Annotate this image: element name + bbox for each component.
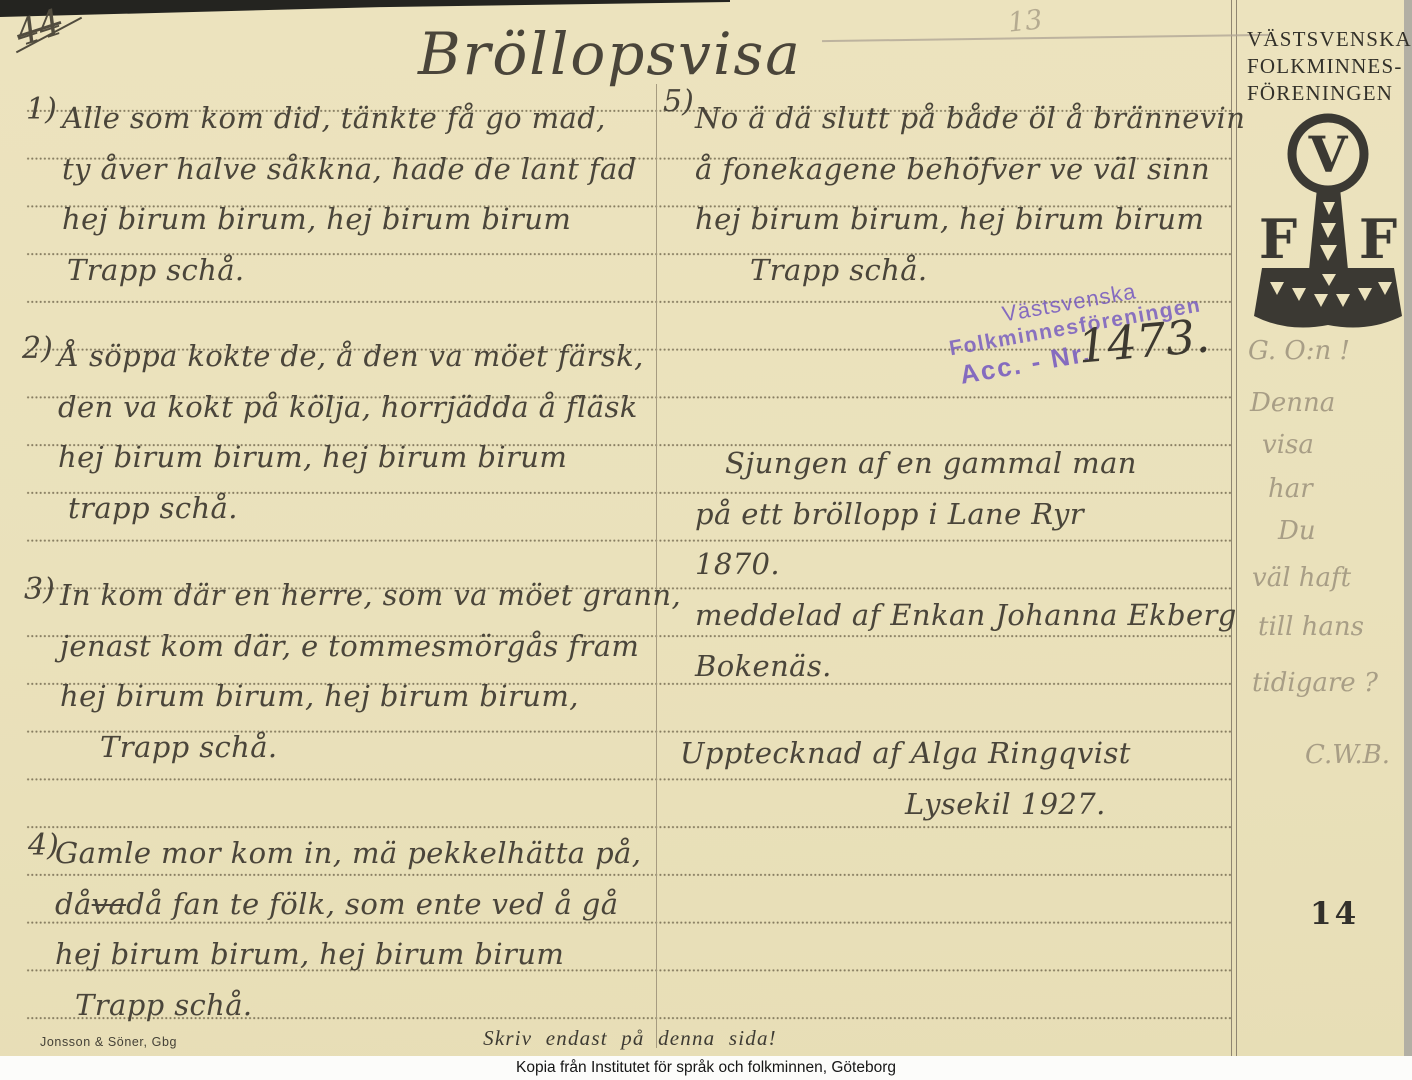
- verse-line: hej birum birum, hej birum birum: [695, 189, 1245, 240]
- organization-name-line: VÄSTSVENSKA: [1247, 26, 1412, 53]
- scan-edge-artifact-top: [0, 0, 730, 17]
- verse-line-part: då fan te fölk, som ente ved å gå: [126, 887, 618, 921]
- margin-note-line: väl haft: [1252, 563, 1351, 593]
- verse-3: In kom där en herre, som va möet grann, …: [60, 564, 681, 767]
- verse-line: Trapp schå.: [60, 716, 681, 767]
- faint-strike-line: [822, 34, 1270, 42]
- copy-footer-text: Kopia från Institutet för språk och folk…: [0, 1056, 1412, 1080]
- verse-1-number: 1): [26, 92, 57, 127]
- accession-number-handwritten: 1473.: [1076, 308, 1212, 373]
- margin-note-line: har: [1268, 474, 1313, 504]
- verse-line: Trapp schå.: [62, 239, 637, 290]
- attribution-line: Lysekil 1927.: [680, 773, 1131, 824]
- margin-note-line: Du: [1278, 516, 1316, 546]
- organization-name: VÄSTSVENSKA FOLKMINNES- FÖRENINGEN: [1247, 26, 1412, 107]
- verse-line: hej birum birum, hej birum birum: [62, 189, 637, 240]
- attribution-line: 1870.: [695, 534, 1237, 585]
- attribution-line: Bokenäs.: [695, 635, 1237, 686]
- faint-page-mark: 13: [1006, 4, 1043, 38]
- attribution-sung: Sjungen af en gammal man på ett bröllopp…: [695, 432, 1237, 686]
- attribution-recorded: Upptecknad af Alga Ringqvist Lysekil 192…: [680, 722, 1131, 824]
- verse-line: ty åver halve såkkna, hade de lant fad: [62, 138, 637, 189]
- verse-line: hej birum birum, hej birum birum: [55, 924, 641, 975]
- vff-thors-hammer-logo-icon: V F F: [1250, 106, 1405, 334]
- verse-1: Alle som kom did, tänkte få go mad, ty å…: [62, 87, 637, 290]
- attribution-line: meddelad af Enkan Johanna Ekberg: [695, 584, 1237, 635]
- page-title: Bröllopsvisa: [418, 20, 802, 88]
- verse-line: trapp schå.: [58, 477, 644, 528]
- verse-line: Alle som kom did, tänkte få go mad,: [62, 87, 637, 138]
- copy-footer-strip: Kopia från Institutet för språk och folk…: [0, 1056, 1412, 1080]
- margin-note-line: G. O:n !: [1248, 336, 1350, 366]
- verse-3-number: 3): [24, 572, 55, 607]
- verse-2-number: 2): [22, 331, 53, 366]
- margin-note-line: till hans: [1258, 612, 1364, 642]
- verse-5: No ä dä slutt på både öl å brännevin å f…: [695, 87, 1245, 290]
- verse-line: Å söppa kokte de, å den va möet färsk,: [58, 325, 644, 376]
- attribution-line: Sjungen af en gammal man: [695, 432, 1237, 483]
- margin-note-signature: C.W.B.: [1305, 740, 1390, 770]
- verse-line-part: då: [55, 887, 92, 921]
- struck-word: va: [92, 887, 126, 921]
- verse-5-number: 5): [663, 84, 694, 119]
- verse-line: då va då fan te fölk, som ente ved å gå: [55, 873, 641, 924]
- verse-line: jenast kom där, e tommesmörgås fram: [60, 615, 681, 666]
- scanned-document-page: 44 13 Bröllopsvisa 1) Alle som kom did, …: [0, 0, 1412, 1080]
- verse-line: In kom där en herre, som va möet grann,: [60, 564, 681, 615]
- page-number: 14: [1310, 896, 1359, 932]
- verse-line: den va kokt på kölja, horrjädda å fläsk: [58, 376, 644, 427]
- margin-note-line: visa: [1262, 430, 1314, 460]
- verse-line: No ä dä slutt på både öl å brännevin: [695, 87, 1245, 138]
- logo-letter-v: V: [1308, 125, 1349, 184]
- organization-name-line: FOLKMINNES-: [1247, 53, 1412, 80]
- organization-name-line: FÖRENINGEN: [1247, 80, 1412, 107]
- printer-mark: Jonsson & Söner, Gbg: [40, 1035, 177, 1049]
- verse-line: hej birum birum, hej birum birum,: [60, 666, 681, 717]
- scan-edge-artifact-right: [1404, 0, 1412, 1080]
- attribution-line: Upptecknad af Alga Ringqvist: [680, 722, 1131, 773]
- verse-line: Gamle mor kom in, mä pekkelhätta på,: [55, 822, 641, 873]
- verse-line: Trapp schå.: [55, 974, 641, 1025]
- verse-line: å fonekagene behöfver ve väl sinn: [695, 138, 1245, 189]
- margin-note-line: Denna: [1250, 388, 1335, 418]
- verse-line: hej birum birum, hej birum birum: [58, 427, 644, 478]
- margin-note-line: tidigare ?: [1252, 668, 1378, 698]
- logo-letter-f-left: F: [1259, 207, 1297, 271]
- attribution-line: på ett bröllopp i Lane Ryr: [695, 483, 1237, 534]
- verse-4: Gamle mor kom in, mä pekkelhätta på, då …: [55, 822, 641, 1025]
- verse-2: Å söppa kokte de, å den va möet färsk, d…: [58, 325, 644, 528]
- logo-letter-f-right: F: [1359, 207, 1397, 271]
- print-instruction: Skriv endast på denna sida!: [180, 1026, 1080, 1051]
